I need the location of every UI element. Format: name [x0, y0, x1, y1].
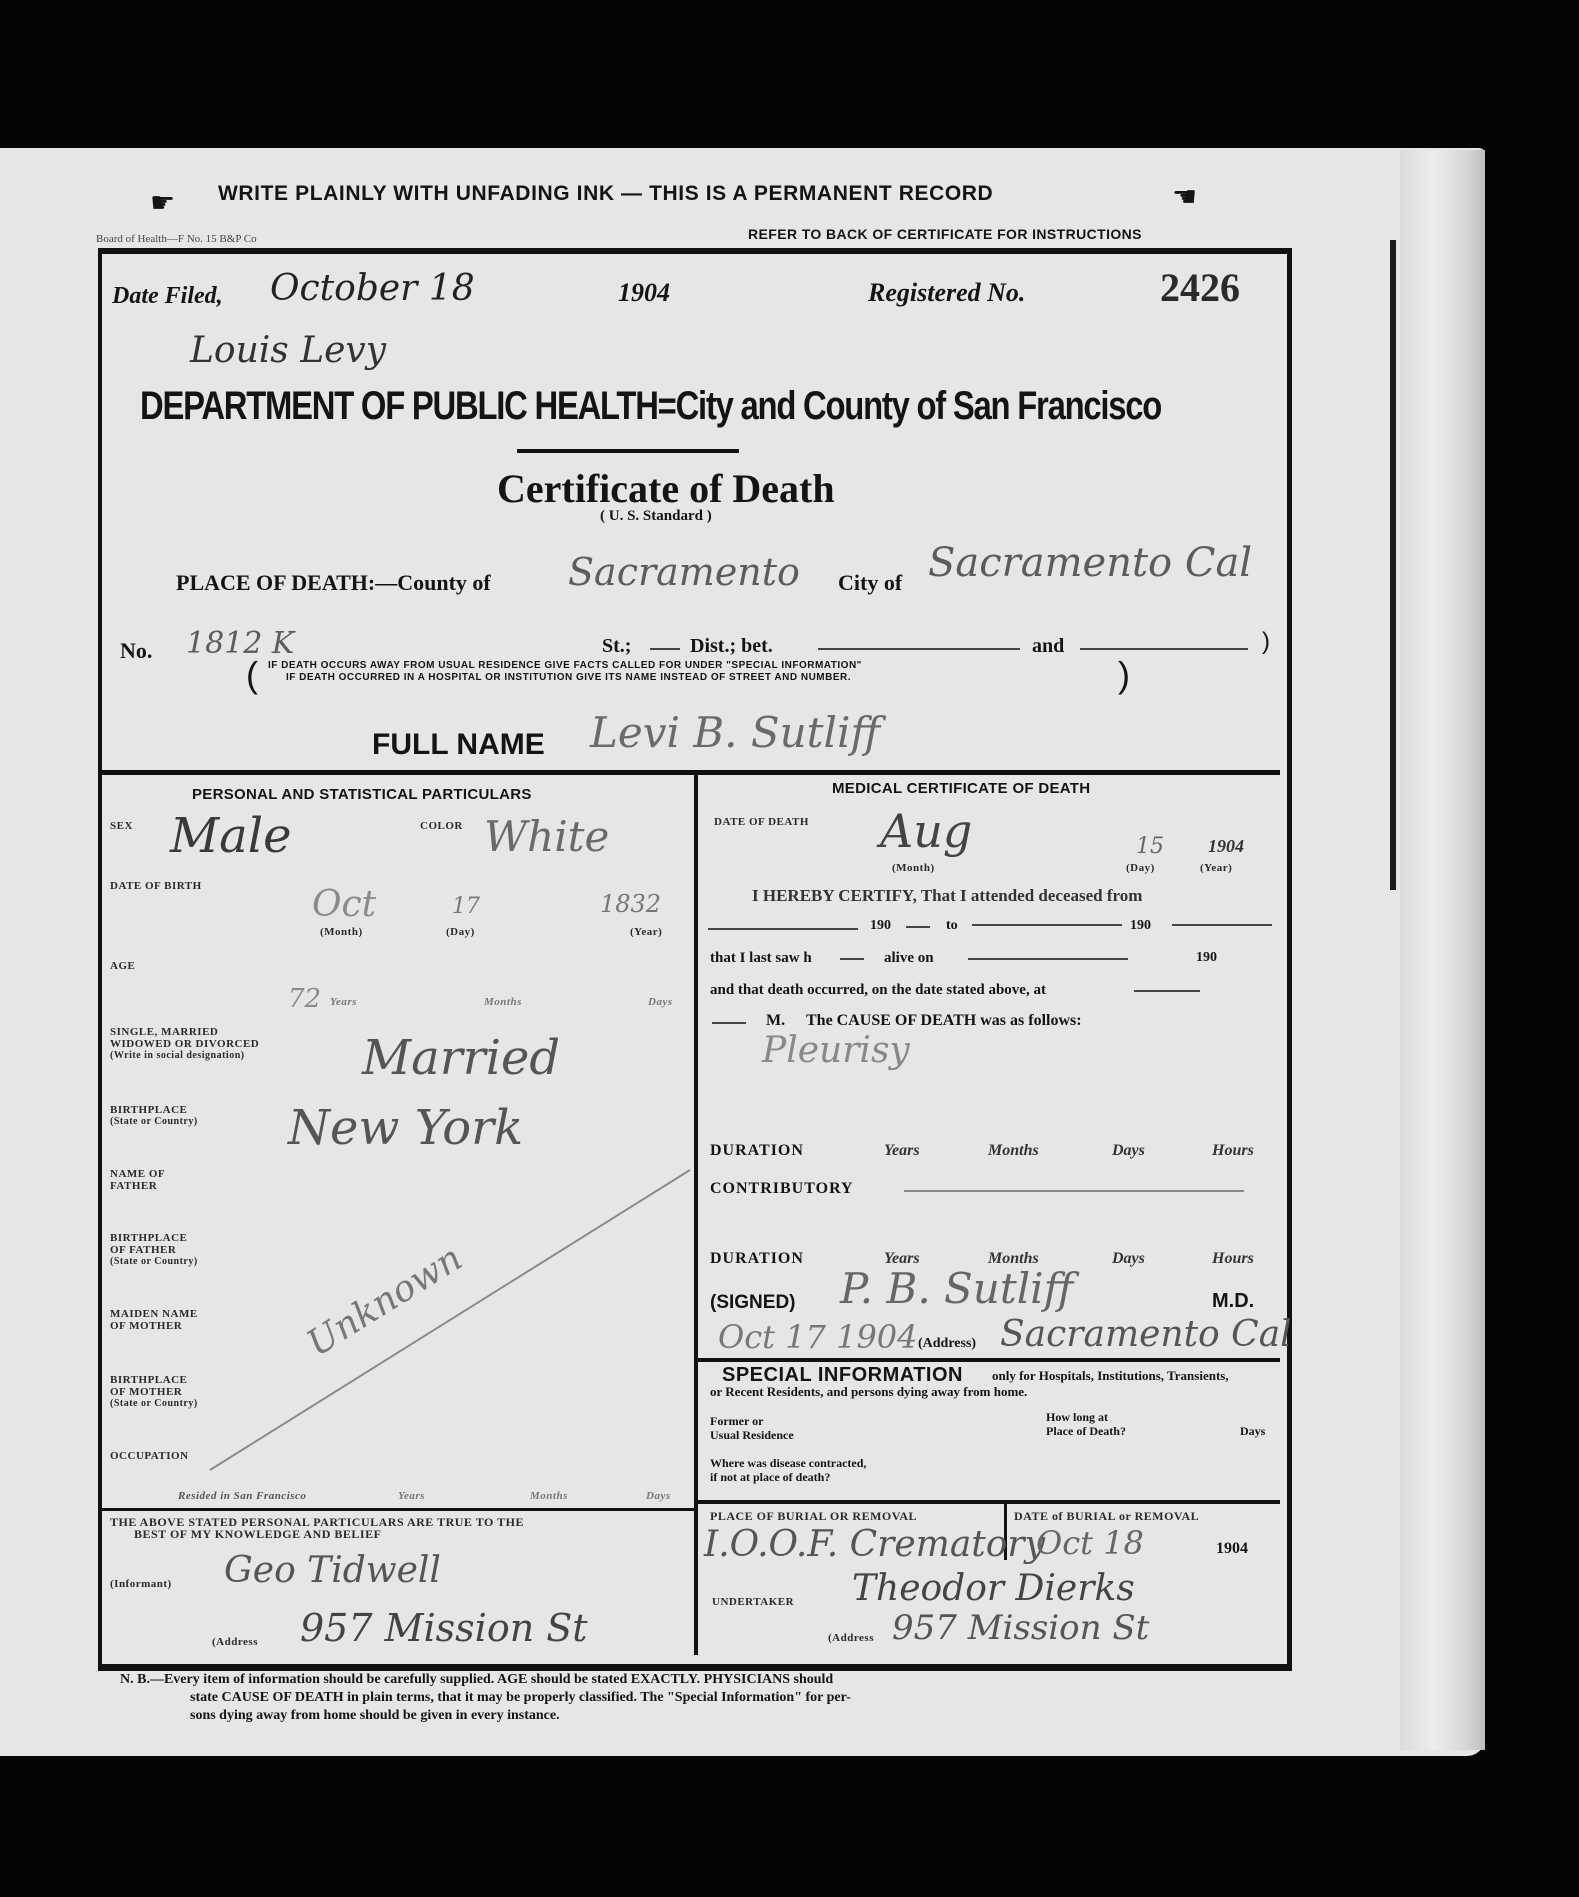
registered-label: Registered No.: [868, 278, 1025, 308]
burial-rule: [698, 1500, 1280, 1504]
marital-value: Married: [362, 1030, 560, 1086]
informant-address-value: 957 Mission St: [300, 1606, 588, 1650]
form-id: Board of Health—F No. 15 B&P Co: [96, 233, 257, 245]
burial-date-value: Oct 18: [1036, 1524, 1144, 1562]
how-long-1: How long at: [1046, 1410, 1108, 1425]
full-name-label: FULL NAME: [372, 728, 545, 762]
dod-month-caption: (Month): [892, 862, 935, 874]
color-label: COLOR: [420, 820, 463, 832]
color-value: White: [484, 812, 609, 861]
marital-label-2: WIDOWED OR DIVORCED: [110, 1038, 259, 1050]
burial-place-label: PLACE OF BURIAL OR REMOVAL: [710, 1510, 917, 1522]
dist-label: Dist.; bet.: [690, 635, 773, 658]
mother-bp-label-3: (State or Country): [110, 1398, 198, 1410]
title-rule: [517, 449, 739, 453]
city-value: Sacramento Cal: [928, 540, 1252, 586]
year-filed: 1904: [618, 278, 670, 308]
book-page-edge: [1400, 150, 1485, 1750]
mother-label-1: MAIDEN NAME: [110, 1308, 198, 1320]
pointing-hand-right-icon: ☛: [1172, 180, 1197, 213]
contracted-1: Where was disease contracted,: [710, 1456, 866, 1471]
physician-address-label: (Address): [918, 1336, 976, 1352]
contracted-2: if not at place of death?: [710, 1470, 830, 1485]
occupation-label: OCCUPATION: [110, 1450, 189, 1462]
st-label: St.;: [602, 635, 631, 658]
certify-line: I HEREBY CERTIFY, That I attended deceas…: [752, 886, 1142, 906]
father-bp-label-3: (State or Country): [110, 1256, 198, 1268]
duration-years-1: Years: [884, 1142, 920, 1160]
to-190: 190: [1130, 918, 1151, 934]
age-months-caption: Months: [484, 996, 522, 1008]
place-note-1: IF DEATH OCCURS AWAY FROM USUAL RESIDENC…: [268, 660, 862, 671]
duration-label-1: DURATION: [710, 1142, 804, 1160]
street-no-value: 1812 K: [186, 626, 294, 661]
resided-years: Years: [398, 1490, 425, 1502]
marital-label-1: SINGLE, MARRIED: [110, 1026, 218, 1038]
marital-label-3: (Write in social designation): [110, 1050, 245, 1062]
department-title: DEPARTMENT OF PUBLIC HEALTH=City and Cou…: [140, 384, 1161, 429]
dob-month-caption: (Month): [320, 926, 363, 938]
age-days-caption: Days: [648, 996, 673, 1008]
annotation-name: Louis Levy: [190, 330, 386, 371]
and-label: and: [1032, 635, 1064, 658]
duration-months-1: Months: [988, 1142, 1039, 1160]
resided-months: Months: [530, 1490, 568, 1502]
pointing-hand-left-icon: ☛: [150, 186, 175, 219]
section-rule: [100, 770, 1280, 775]
registered-number: 2426: [1160, 264, 1240, 311]
nb-line-3: sons dying away from home should be give…: [190, 1708, 560, 1724]
duration-days-1: Days: [1112, 1142, 1145, 1160]
birthplace-label-1: BIRTHPLACE: [110, 1104, 187, 1116]
mother-bp-label-1: BIRTHPLACE: [110, 1374, 187, 1386]
city-label: City of: [838, 570, 902, 596]
date-filed-value: October 18: [270, 268, 475, 309]
county-value: Sacramento: [568, 550, 800, 594]
dob-month: Oct: [312, 884, 376, 925]
age-years-value: 72: [288, 984, 321, 1014]
nb-line-2: state CAUSE OF DEATH in plain terms, tha…: [190, 1690, 851, 1706]
birthplace-label-2: (State or Country): [110, 1116, 198, 1128]
banner-text: WRITE PLAINLY WITH UNFADING INK — THIS I…: [218, 182, 993, 206]
signed-value: P. B. Sutliff: [840, 1264, 1073, 1313]
unknown-diagonal-stroke: [200, 1160, 700, 1480]
informant-address-label: (Address: [212, 1636, 258, 1648]
informant-rule: [100, 1508, 694, 1511]
alive-190: 190: [1196, 950, 1217, 966]
special-rule: [698, 1358, 1280, 1362]
dod-day-caption: (Day): [1126, 862, 1155, 874]
physician-address-value: Sacramento Cal: [1000, 1314, 1292, 1355]
sex-label: SEX: [110, 820, 133, 832]
dod-label: DATE OF DEATH: [714, 816, 809, 828]
duration-hours-2: Hours: [1212, 1250, 1254, 1268]
dod-year-caption: (Year): [1200, 862, 1232, 874]
mother-label-2: OF MOTHER: [110, 1320, 182, 1332]
certificate-standard: ( U. S. Standard ): [600, 508, 712, 525]
signed-date: Oct 17 1904: [718, 1318, 918, 1356]
father-bp-label-1: BIRTHPLACE: [110, 1232, 187, 1244]
dod-day: 15: [1136, 834, 1164, 859]
father-label-1: NAME OF: [110, 1168, 165, 1180]
burial-date-label: DATE of BURIAL or REMOVAL: [1014, 1510, 1199, 1522]
cause-line: The CAUSE OF DEATH was as follows:: [806, 1012, 1082, 1030]
resided-label: Resided in San Francisco: [178, 1490, 306, 1502]
place-note-2: IF DEATH OCCURRED IN A HOSPITAL OR INSTI…: [286, 672, 851, 683]
special-heading-rest: only for Hospitals, Institutions, Transi…: [992, 1368, 1229, 1384]
m-label: M.: [766, 1012, 785, 1030]
alive-on-label: alive on: [884, 950, 934, 967]
duration-days-2: Days: [1112, 1250, 1145, 1268]
resided-days: Days: [646, 1490, 671, 1502]
place-of-death-label: PLACE OF DEATH:—County of: [176, 570, 491, 596]
contributory-label: CONTRIBUTORY: [710, 1180, 854, 1198]
special-heading-line2: or Recent Residents, and persons dying a…: [710, 1384, 1027, 1400]
age-label: AGE: [110, 960, 135, 972]
mother-bp-label-2: OF MOTHER: [110, 1386, 182, 1398]
informant-label: (Informant): [110, 1578, 172, 1590]
medical-heading: MEDICAL CERTIFICATE OF DEATH: [832, 780, 1090, 797]
informant-value: Geo Tidwell: [224, 1550, 441, 1591]
dob-day: 17: [452, 894, 480, 919]
binding-rule: [1390, 240, 1396, 890]
father-bp-label-2: OF FATHER: [110, 1244, 176, 1256]
cause-value: Pleurisy: [762, 1030, 910, 1071]
personal-heading: PERSONAL AND STATISTICAL PARTICULARS: [192, 786, 532, 803]
dod-year: 1904: [1208, 836, 1244, 857]
street-no-label: No.: [120, 638, 152, 664]
birthplace-value: New York: [288, 1100, 523, 1156]
former-label-1: Former or: [710, 1414, 763, 1429]
md-label: M.D.: [1212, 1290, 1254, 1313]
burial-place-value: I.O.O.F. Crematory: [704, 1524, 1045, 1565]
full-name-value: Levi B. Sutliff: [590, 708, 880, 757]
duration-label-2: DURATION: [710, 1250, 804, 1268]
undertaker-value: Theodor Dierks: [852, 1568, 1135, 1609]
signed-label: (SIGNED): [710, 1292, 796, 1314]
dob-label: DATE OF BIRTH: [110, 880, 202, 892]
affirm-line-2: BEST OF MY KNOWLEDGE AND BELIEF: [134, 1528, 381, 1540]
date-filed-label: Date Filed,: [112, 283, 223, 310]
how-long-2: Place of Death?: [1046, 1424, 1126, 1439]
to-label: to: [946, 918, 958, 934]
dob-day-caption: (Day): [446, 926, 475, 938]
from-190: 190: [870, 918, 891, 934]
dob-year-caption: (Year): [630, 926, 662, 938]
sex-value: Male: [170, 808, 292, 864]
father-label-2: FATHER: [110, 1180, 157, 1192]
undertaker-address-value: 957 Mission St: [892, 1608, 1149, 1648]
former-label-2: Usual Residence: [710, 1428, 794, 1443]
days-label: Days: [1240, 1424, 1265, 1439]
dod-month: Aug: [880, 804, 972, 858]
certificate-title: Certificate of Death: [497, 465, 835, 512]
death-occurred-line: and that death occurred, on the date sta…: [710, 982, 1046, 999]
last-saw-line: that I last saw h: [710, 950, 812, 967]
burial-year: 1904: [1216, 1540, 1248, 1558]
instructions-note: REFER TO BACK OF CERTIFICATE FOR INSTRUC…: [748, 226, 1142, 242]
dob-year: 1832: [600, 890, 661, 918]
duration-hours-1: Hours: [1212, 1142, 1254, 1160]
age-years-caption: Years: [330, 996, 357, 1008]
undertaker-address-label: (Address: [828, 1632, 874, 1644]
nb-line-1: N. B.—Every item of information should b…: [120, 1672, 833, 1688]
undertaker-label: UNDERTAKER: [712, 1596, 794, 1608]
